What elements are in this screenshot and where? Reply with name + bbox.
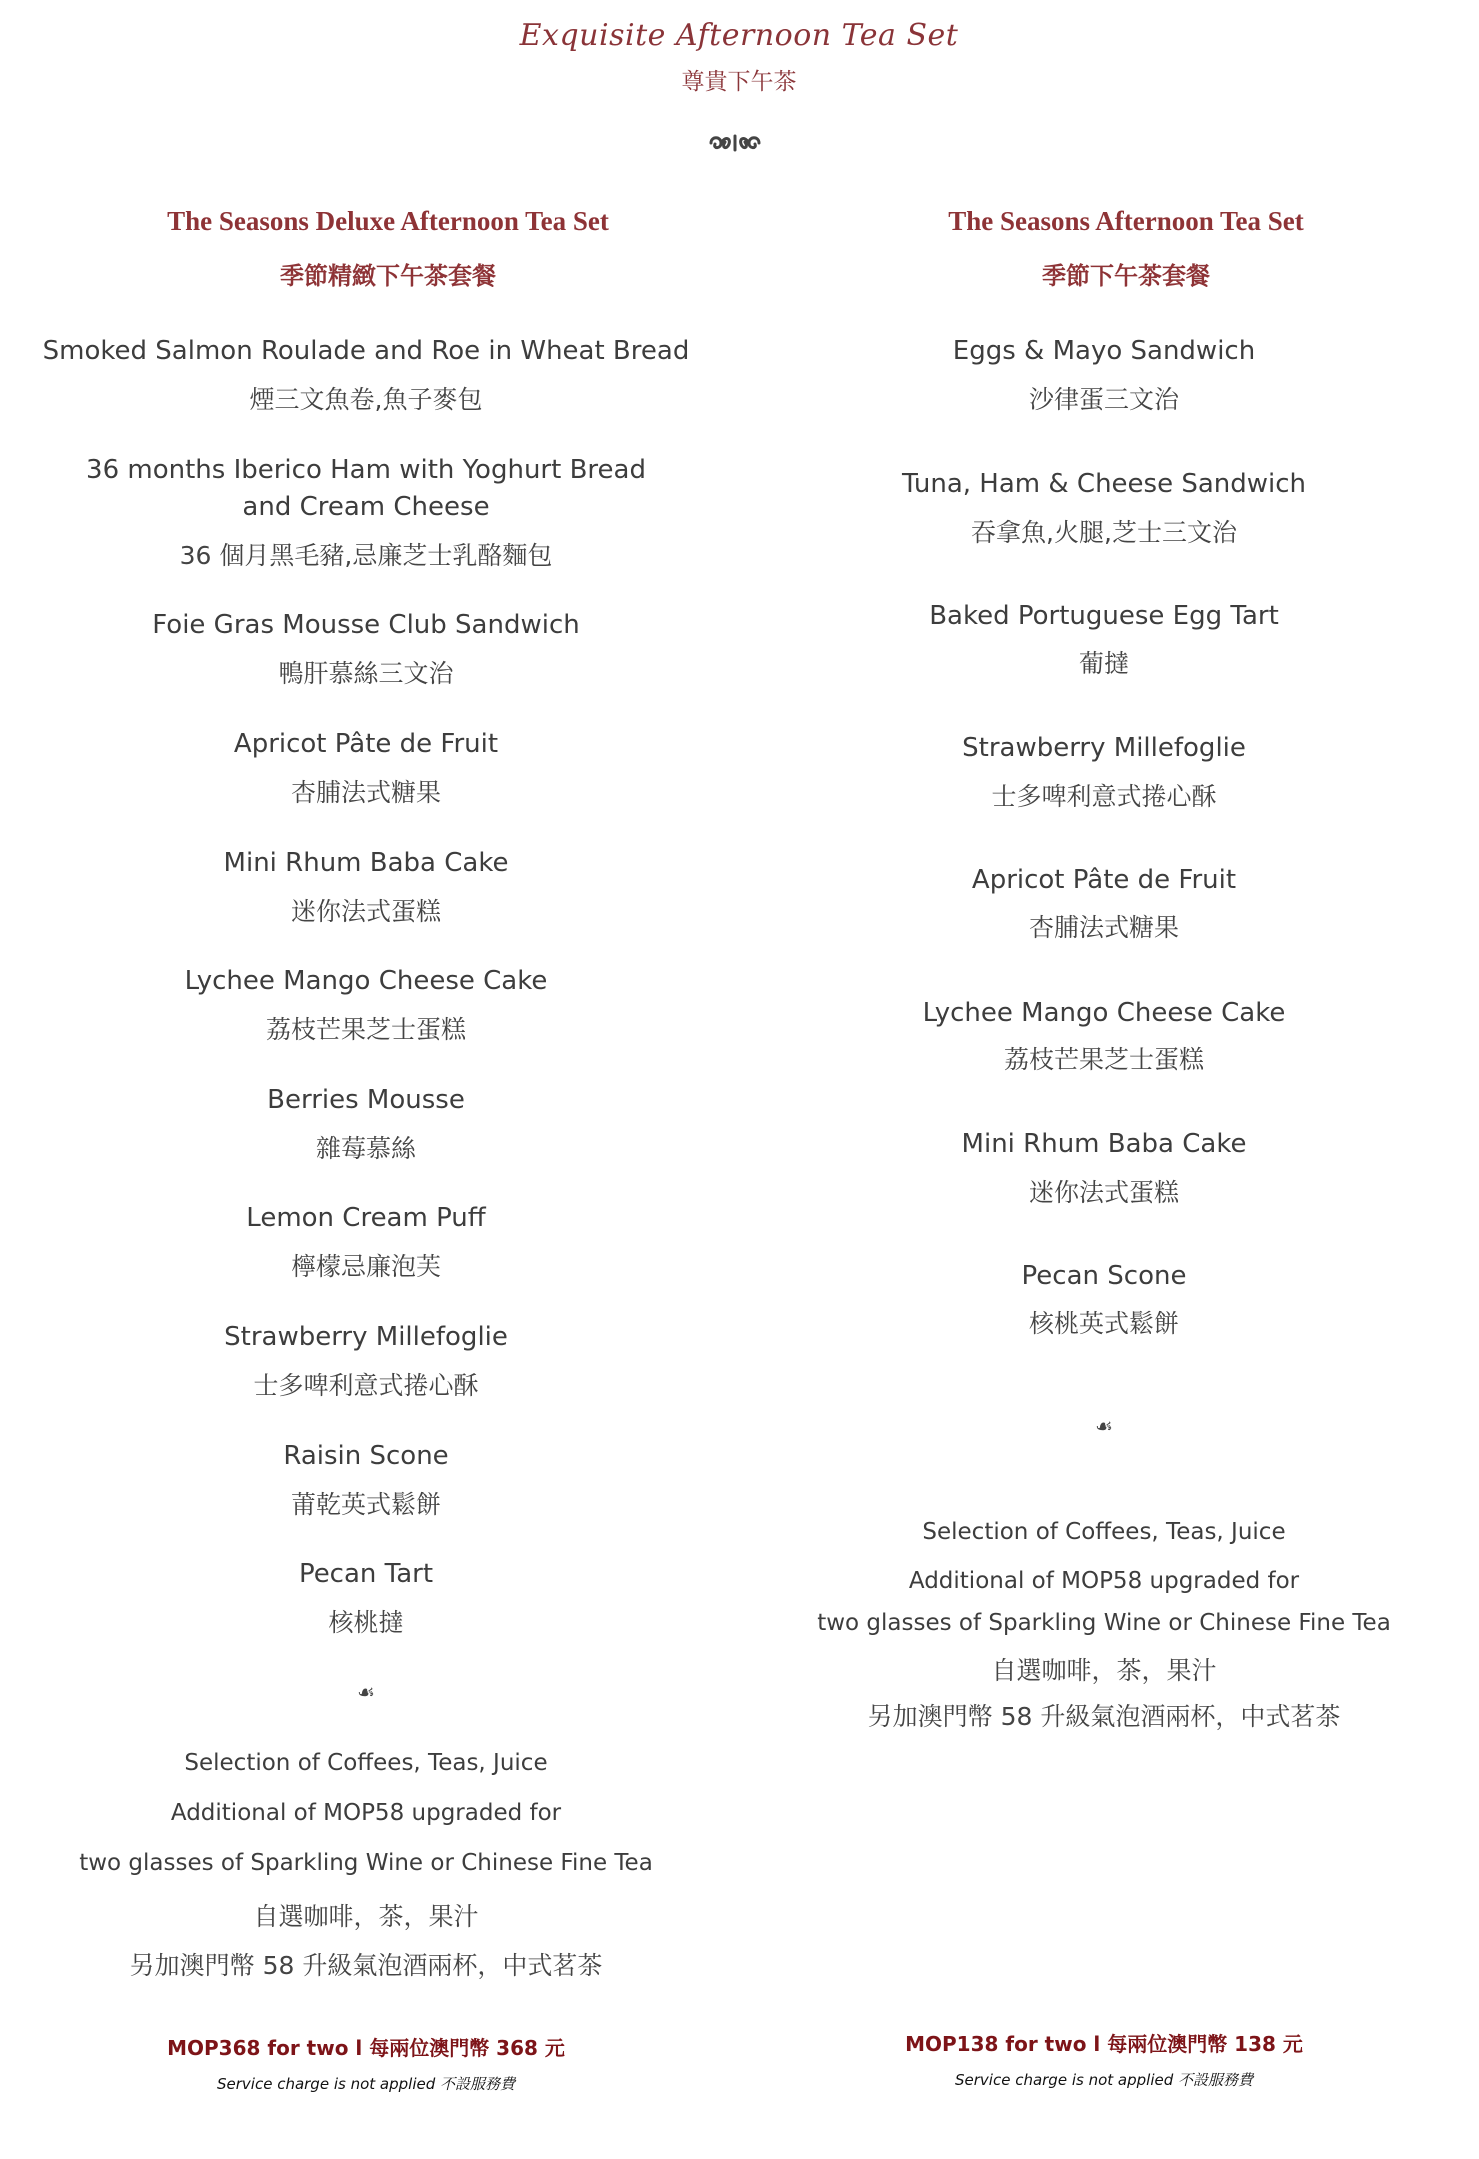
beverage-note: Selection of Coffees, Teas, Juice [922,1519,1285,1545]
menu-item-name-zh: 迷你法式蛋糕 [1029,1173,1179,1209]
menu-item-name-zh: 葡撻 [1079,644,1129,680]
menu-item-name: Apricot Pâte de Fruit [972,865,1236,895]
menu-item-name-zh: 36 個月黑毛豬,忌廉芝士乳酪麵包 [180,536,553,572]
beverage-note-zh: 自選咖啡，茶，果汁 [991,1651,1216,1687]
upgrade-note-zh: 另加澳門幣 58 升級氣泡酒兩杯，中式茗茶 [130,1946,603,1982]
menu-item-name: Tuna, Ham & Cheese Sandwich [902,469,1306,499]
menu-item-name: Berries Mousse [267,1085,465,1115]
menu-item-name: Lemon Cream Puff [246,1203,485,1233]
menu-item-name: Pecan Tart [299,1559,433,1589]
menu-item-name-zh: 沙律蛋三文治 [1029,380,1179,416]
menu-item-name-line2: and Cream Cheese [242,492,489,522]
seasons-set-heading: The Seasons Afternoon Tea Set [948,206,1304,237]
service-charge-note: Service charge is not applied 不設服務費 [955,2069,1253,2090]
menu-item-name: Strawberry Millefoglie [224,1322,508,1352]
header-ornament-icon [707,132,763,160]
menu-item-name-zh: 檸檬忌廉泡芙 [291,1247,441,1283]
seasons-price: MOP138 for two l 每兩位澳門幣 138 元 [905,2028,1303,2057]
deluxe-set-heading-zh: 季節精緻下午茶套餐 [280,256,496,291]
flourish-icon [707,132,763,154]
menu-item-name-zh: 杏脯法式糖果 [1029,908,1179,944]
beverage-note: Selection of Coffees, Teas, Juice [184,1750,547,1776]
menu-title-zh: 尊貴下午茶 [682,63,797,96]
menu-item-name: Raisin Scone [283,1441,448,1471]
menu-item-name: Eggs & Mayo Sandwich [953,336,1255,366]
menu-item-name: Lychee Mango Cheese Cake [923,998,1286,1028]
seasons-set-heading-zh: 季節下午茶套餐 [1042,256,1210,291]
upgrade-note-line2: two glasses of Sparkling Wine or Chinese… [79,1850,653,1876]
menu-item-name-zh: 莆乾英式鬆餅 [291,1485,441,1521]
menu-item-name: Mini Rhum Baba Cake [962,1129,1247,1159]
beverage-note-zh: 自選咖啡，茶，果汁 [253,1897,478,1933]
menu-item-name-zh: 雜莓慕絲 [316,1129,416,1165]
menu-item-name-zh: 鴨肝慕絲三文治 [278,654,453,690]
menu-item-name: Strawberry Millefoglie [962,733,1246,763]
menu-item-name: Pecan Scone [1022,1261,1187,1291]
menu-item-name-zh: 核桃英式鬆餅 [1029,1304,1179,1340]
section-ornament-icon: ☙ [357,1680,375,1704]
menu-item-name: Foie Gras Mousse Club Sandwich [152,610,579,640]
menu-title: Exquisite Afternoon Tea Set [520,18,959,53]
menu-item-name: Baked Portuguese Egg Tart [929,601,1279,631]
upgrade-note-zh: 另加澳門幣 58 升級氣泡酒兩杯，中式茗茶 [868,1697,1341,1733]
menu-item-name-zh: 荔枝芒果芝士蛋糕 [1004,1040,1204,1076]
menu-item-name: 36 months Iberico Ham with Yoghurt Bread [86,455,646,485]
upgrade-note: Additional of MOP58 upgraded for [171,1800,561,1826]
deluxe-price: MOP368 for two l 每兩位澳門幣 368 元 [167,2032,565,2061]
menu-item-name-zh: 核桃撻 [328,1603,403,1639]
menu-item-name-zh: 荔枝芒果芝士蛋糕 [266,1010,466,1046]
menu-item-name-zh: 煙三文魚卷,魚子麥包 [250,380,483,416]
upgrade-note: Additional of MOP58 upgraded for [909,1568,1299,1594]
section-ornament-icon: ☙ [1095,1414,1113,1438]
upgrade-note-line2: two glasses of Sparkling Wine or Chinese… [817,1610,1391,1636]
menu-item-name-zh: 杏脯法式糖果 [291,773,441,809]
menu-item-name-zh: 士多啤利意式捲心酥 [253,1366,478,1402]
deluxe-set-heading: The Seasons Deluxe Afternoon Tea Set [167,206,609,237]
menu-item-name-zh: 迷你法式蛋糕 [291,892,441,928]
menu-item-name: Lychee Mango Cheese Cake [185,966,548,996]
menu-item-name: Smoked Salmon Roulade and Roe in Wheat B… [43,336,690,366]
service-charge-note: Service charge is not applied 不設服務費 [217,2073,515,2094]
menu-item-name: Mini Rhum Baba Cake [224,848,509,878]
menu-item-name-zh: 士多啤利意式捲心酥 [991,777,1216,813]
menu-item-name: Apricot Pâte de Fruit [234,729,498,759]
menu-item-name-zh: 吞拿魚,火腿,芝士三文治 [971,513,1237,549]
